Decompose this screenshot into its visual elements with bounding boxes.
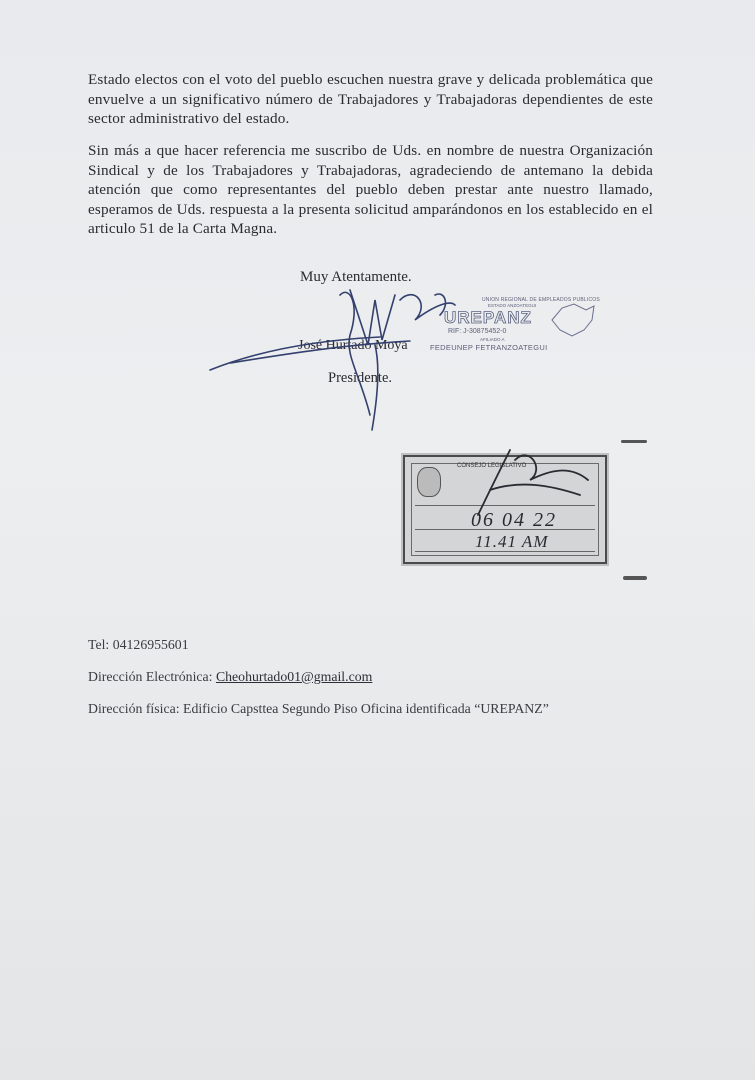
document-page: Estado electos con el voto del pueblo es… bbox=[0, 0, 755, 1080]
contact-address: Dirección física: Edificio Capsttea Segu… bbox=[88, 701, 549, 717]
email-link[interactable]: Cheohurtado01@gmail.com bbox=[216, 669, 372, 684]
body-paragraph-2: Sin más a que hacer referencia me suscri… bbox=[88, 141, 653, 239]
address-label: Dirección física: bbox=[88, 701, 180, 716]
scan-mark bbox=[623, 576, 647, 580]
phone-label: Tel: bbox=[88, 637, 109, 652]
coat-of-arms-icon bbox=[417, 467, 441, 497]
contact-phone: Tel: 04126955601 bbox=[88, 637, 189, 653]
body-paragraph-1: Estado electos con el voto del pueblo es… bbox=[88, 70, 653, 129]
phone-value: 04126955601 bbox=[113, 637, 189, 652]
seal-affiliation-label: AFILIADO A bbox=[480, 337, 505, 342]
email-label: Dirección Electrónica: bbox=[88, 669, 213, 684]
state-map-icon bbox=[548, 300, 598, 340]
scan-mark bbox=[621, 440, 647, 443]
address-value: Edificio Capsttea Segundo Piso Oficina i… bbox=[183, 701, 549, 716]
stamp-time: 11.41 AM bbox=[475, 532, 548, 552]
handwritten-signature bbox=[200, 245, 460, 435]
stamp-signature bbox=[470, 440, 590, 520]
contact-email: Dirección Electrónica: Cheohurtado01@gma… bbox=[88, 669, 372, 685]
